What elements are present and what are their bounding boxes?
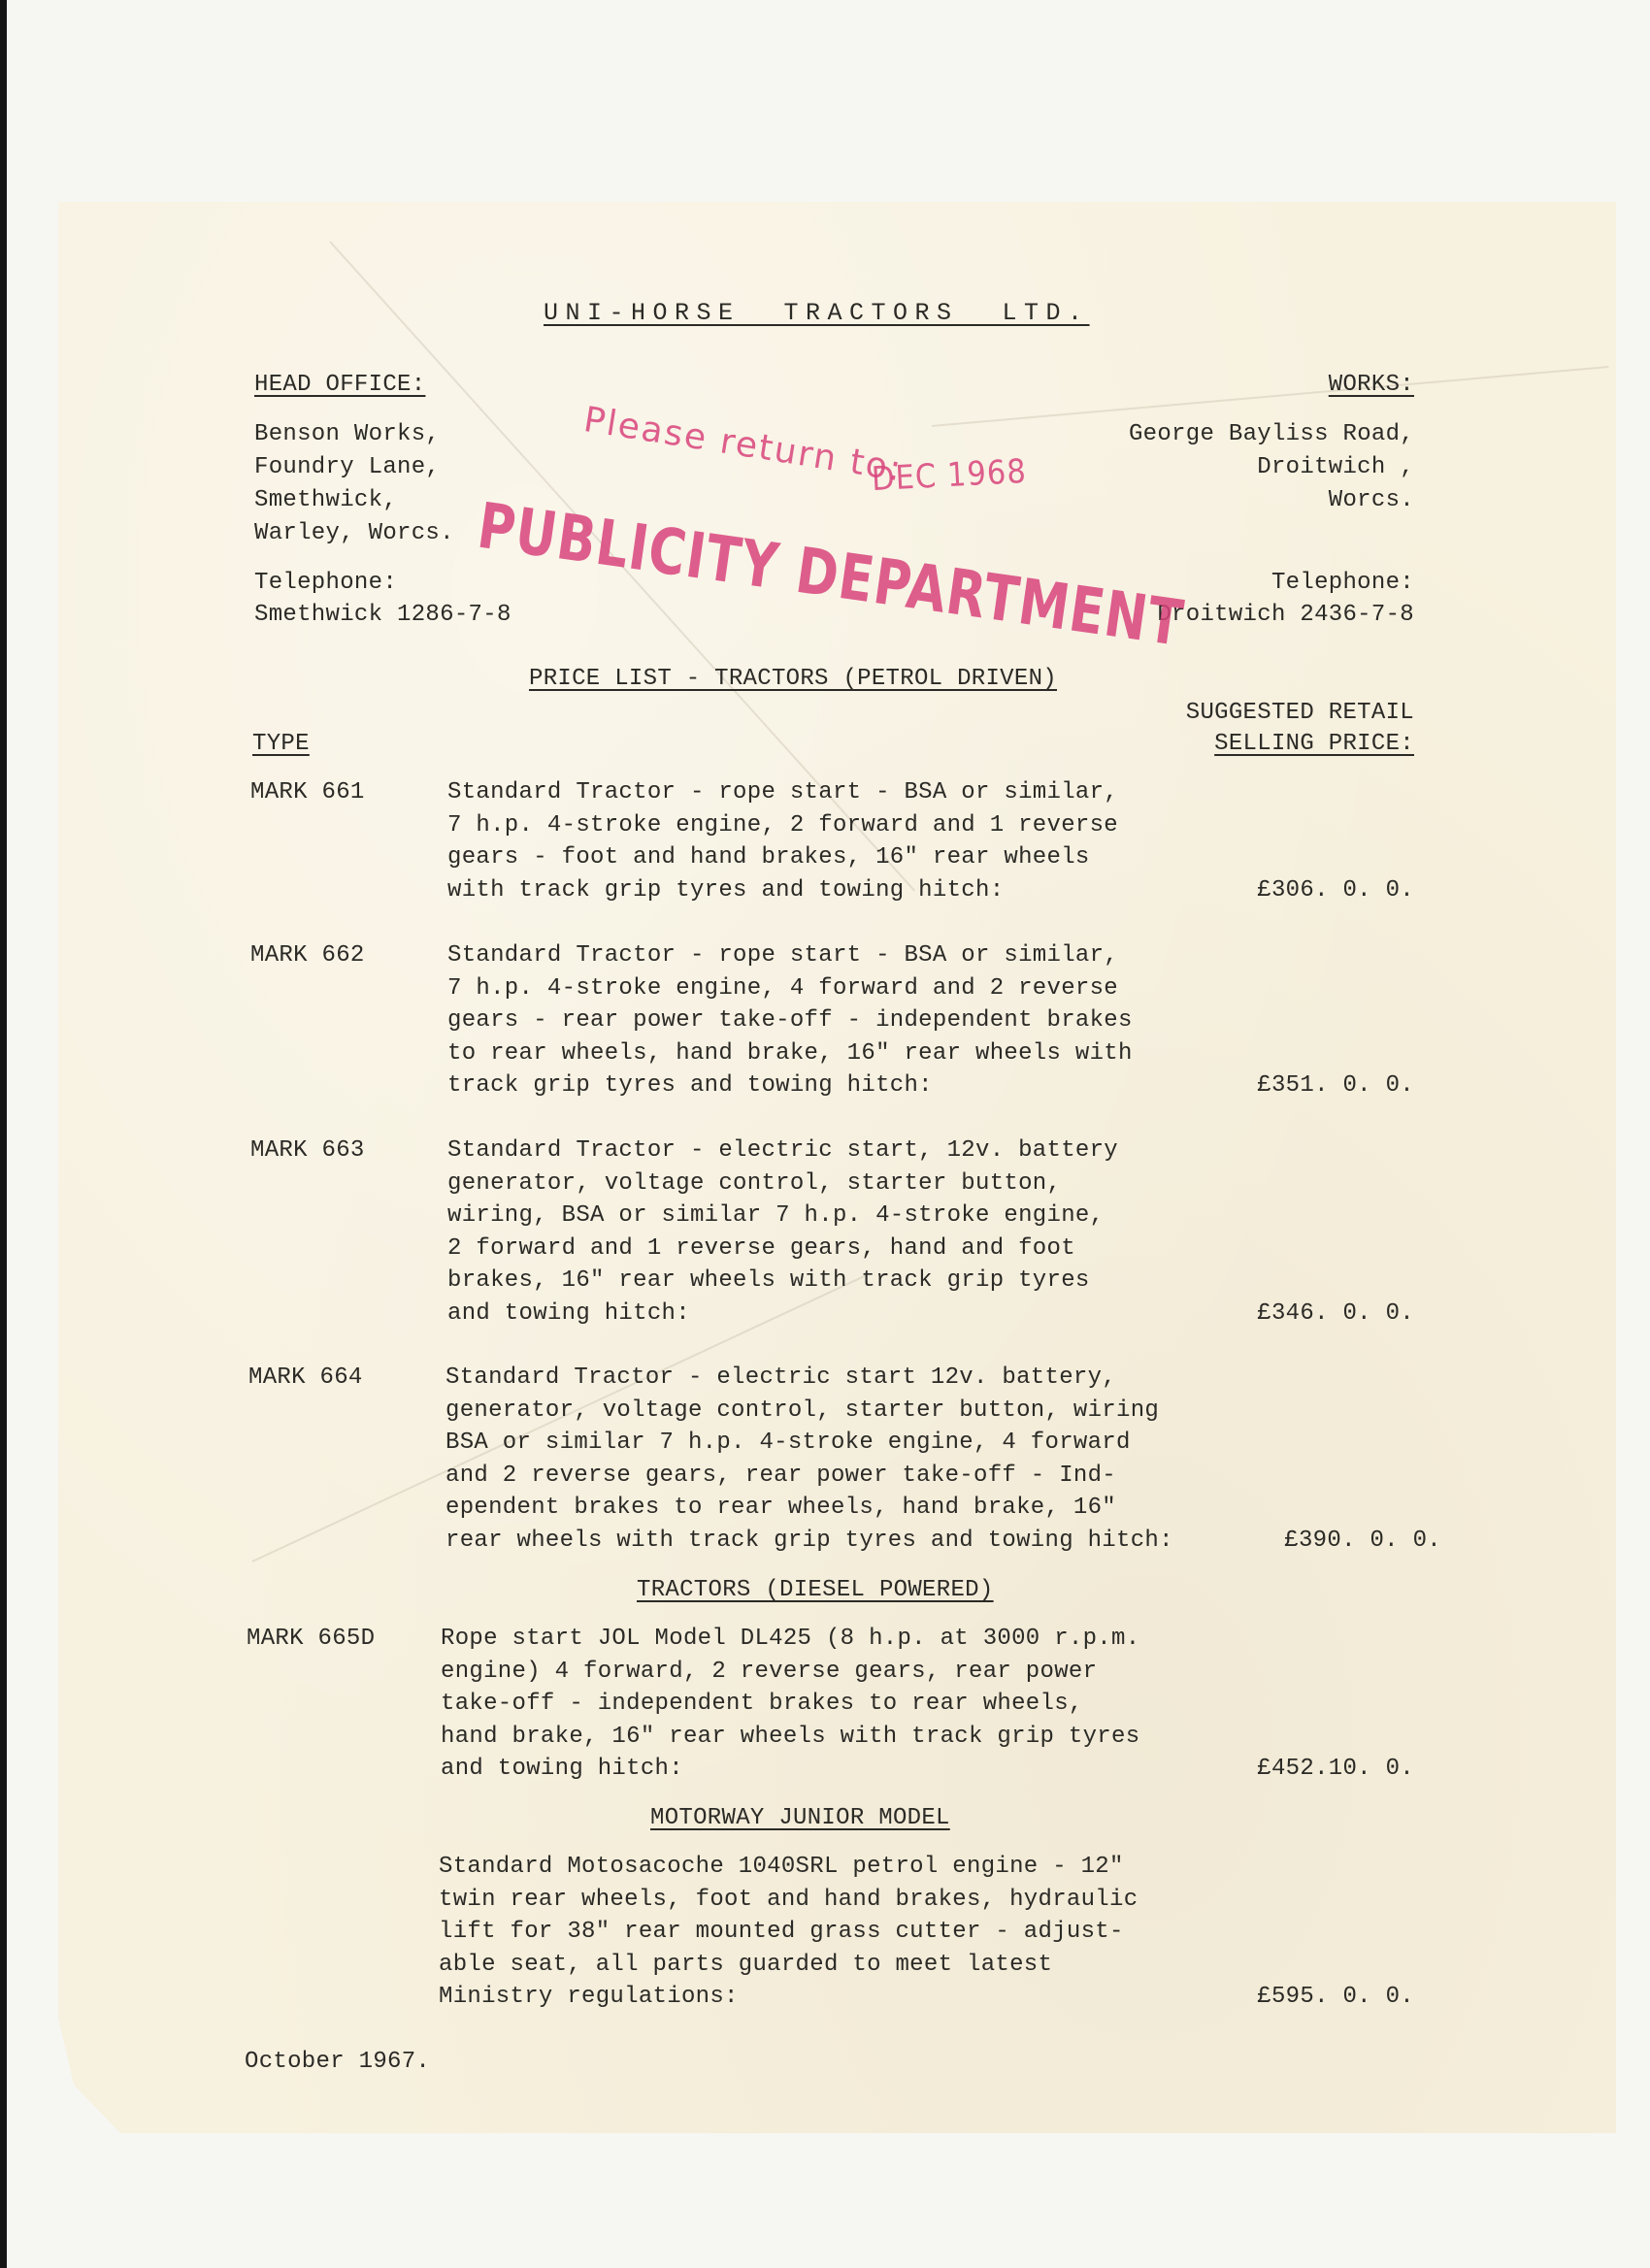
works-address-line: Droitwich , xyxy=(1257,451,1414,484)
price-column-header-line1: SUGGESTED RETAIL xyxy=(1186,697,1414,730)
head-office-telephone: Smethwick 1286-7-8 xyxy=(254,599,511,632)
scanner-edge xyxy=(0,0,7,2268)
item-description-line: Standard Tractor - electric start 12v. b… xyxy=(445,1362,1116,1395)
stamp-date: DEC 1968 xyxy=(871,452,1028,499)
item-description-line: take-off - independent brakes to rear wh… xyxy=(441,1688,1083,1721)
head-office-telephone-label: Telephone: xyxy=(254,567,397,600)
item-price: £390. 0. 0. xyxy=(1284,1525,1441,1558)
item-type: MARK 663 xyxy=(250,1134,365,1167)
head-office-address-line: Smethwick, xyxy=(254,484,397,517)
item-description-line: hand brake, 16" rear wheels with track g… xyxy=(441,1721,1139,1754)
item-description-line: wiring, BSA or similar 7 h.p. 4-stroke e… xyxy=(447,1200,1104,1233)
works-telephone-label: Telephone: xyxy=(1271,567,1414,600)
diesel-section-title: TRACTORS (DIESEL POWERED) xyxy=(637,1574,994,1607)
item-description-line: brakes, 16" rear wheels with track grip … xyxy=(447,1265,1090,1298)
works-label: WORKS: xyxy=(1329,369,1414,402)
price-column-header-line2: SELLING PRICE: xyxy=(1214,728,1414,761)
item-description-line: lift for 38" rear mounted grass cutter -… xyxy=(439,1916,1124,1949)
item-description-line: Standard Tractor - electric start, 12v. … xyxy=(447,1134,1118,1167)
item-description-line: track grip tyres and towing hitch: xyxy=(447,1069,933,1102)
item-description-line: engine) 4 forward, 2 reverse gears, rear… xyxy=(441,1656,1097,1689)
item-price: £306. 0. 0. xyxy=(1257,874,1414,907)
works-address-line: Worcs. xyxy=(1329,484,1414,517)
head-office-address-line: Benson Works, xyxy=(254,418,440,451)
item-description-line: Standard Tractor - rope start - BSA or s… xyxy=(447,776,1118,809)
item-description-line: Rope start JOL Model DL425 (8 h.p. at 30… xyxy=(441,1623,1139,1656)
item-description-line: gears - rear power take-off - independen… xyxy=(447,1004,1133,1037)
item-description-line: generator, voltage control, starter butt… xyxy=(447,1167,1061,1200)
item-description-line: 7 h.p. 4-stroke engine, 2 forward and 1 … xyxy=(447,809,1118,842)
item-description-line: 7 h.p. 4-stroke engine, 4 forward and 2 … xyxy=(447,972,1118,1005)
item-description-line: ependent brakes to rear wheels, hand bra… xyxy=(445,1492,1116,1525)
item-price: £595. 0. 0. xyxy=(1257,1981,1414,2014)
item-description-line: gears - foot and hand brakes, 16" rear w… xyxy=(447,841,1090,874)
item-description-line: to rear wheels, hand brake, 16" rear whe… xyxy=(447,1037,1133,1070)
head-office-address-line: Foundry Lane, xyxy=(254,451,440,484)
head-office-label: HEAD OFFICE: xyxy=(254,369,425,402)
item-description-line: generator, voltage control, starter butt… xyxy=(445,1395,1159,1428)
item-description-line: rear wheels with track grip tyres and to… xyxy=(445,1525,1173,1558)
item-type: MARK 662 xyxy=(250,939,365,972)
item-description-line: Standard Tractor - rope start - BSA or s… xyxy=(447,939,1118,972)
item-description-line: and towing hitch: xyxy=(447,1298,690,1331)
works-address-line: George Bayliss Road, xyxy=(1129,418,1414,451)
price-list-title: PRICE LIST - TRACTORS (PETROL DRIVEN) xyxy=(529,663,1057,696)
item-description-line: 2 forward and 1 reverse gears, hand and … xyxy=(447,1233,1075,1265)
motorway-section-title: MOTORWAY JUNIOR MODEL xyxy=(650,1802,950,1835)
item-type: MARK 664 xyxy=(248,1362,363,1395)
type-column-header: TYPE xyxy=(252,728,310,761)
item-description-line: able seat, all parts guarded to meet lat… xyxy=(439,1949,1052,1982)
item-description-line: Standard Motosacoche 1040SRL petrol engi… xyxy=(439,1851,1124,1884)
item-type: MARK 665D xyxy=(247,1623,375,1656)
works-telephone: Droitwich 2436-7-8 xyxy=(1157,599,1414,632)
head-office-address-line: Warley, Worcs. xyxy=(254,517,454,550)
item-description-line: and towing hitch: xyxy=(441,1753,683,1786)
document-date: October 1967. xyxy=(245,2046,430,2079)
item-price: £351. 0. 0. xyxy=(1257,1069,1414,1102)
item-price: £346. 0. 0. xyxy=(1257,1298,1414,1331)
item-price: £452.10. 0. xyxy=(1257,1753,1414,1786)
item-description-line: with track grip tyres and towing hitch: xyxy=(447,874,1004,907)
item-description-line: BSA or similar 7 h.p. 4-stroke engine, 4… xyxy=(445,1427,1131,1460)
item-description-line: twin rear wheels, foot and hand brakes, … xyxy=(439,1884,1138,1917)
company-name: UNI-HORSE TRACTORS LTD. xyxy=(544,297,1090,330)
item-description-line: and 2 reverse gears, rear power take-off… xyxy=(445,1460,1116,1493)
item-description-line: Ministry regulations: xyxy=(439,1981,739,2014)
item-type: MARK 661 xyxy=(250,776,365,809)
